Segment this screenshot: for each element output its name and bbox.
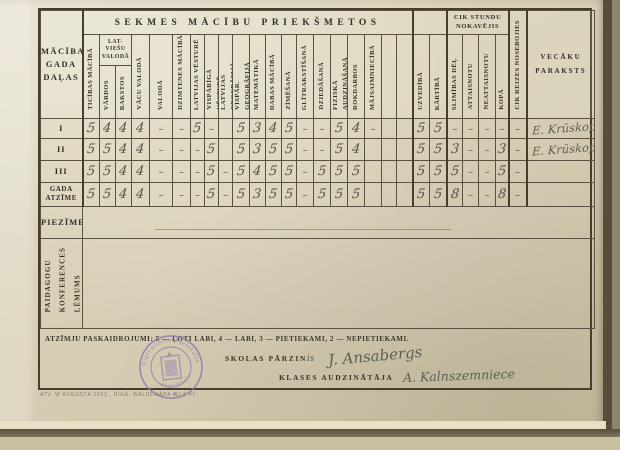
grade-value: 4 xyxy=(119,121,129,137)
grade-cell: – xyxy=(150,160,173,182)
grade-cell: 5 xyxy=(233,160,250,182)
grade-value: – xyxy=(159,190,164,201)
column-header-subject-label: LATVIJAS VĒSTURĒ xyxy=(192,39,202,110)
grade-cell: – xyxy=(509,182,527,206)
grade-cell: 5 xyxy=(331,182,348,206)
grade-cell: 5 xyxy=(83,182,100,206)
table-title: SEKMES MĀCĪBU PRIEKŠMETOS xyxy=(83,11,413,35)
grade-cell: – xyxy=(297,138,314,160)
parent-signature: E. Krūskops xyxy=(531,140,594,159)
grade-cell: 4 xyxy=(132,182,150,206)
grading-legend: ATZĪMJU PASKAIDROJUMI: 5 — ĻOTI LABI, 4 … xyxy=(45,335,409,343)
grade-value: 5 xyxy=(284,121,294,137)
grade-value: 3 xyxy=(450,142,460,158)
column-header-subject-label: RAKSTOS xyxy=(118,76,128,110)
grade-cell: 5 xyxy=(100,182,116,206)
table-body: I5444––5–5345––54–55–––––E. Krūskops.II5… xyxy=(41,118,595,328)
notes-row: PIEZĪMES xyxy=(41,206,595,238)
grade-cell: – xyxy=(173,182,191,206)
grade-value: – xyxy=(320,124,325,135)
grade-value: – xyxy=(499,124,504,135)
column-header-hours: NEATTAISNOTU xyxy=(479,35,496,119)
paper-bottom-edge xyxy=(0,421,606,429)
grade-value: – xyxy=(303,167,308,178)
grade-value: 4 xyxy=(136,187,146,203)
decision-row: PAIDAGOGU KONFERENCES LĒMUMS xyxy=(41,238,595,328)
column-header-parent-signature: VECĀKU PARAKSTS xyxy=(527,11,595,119)
grade-value: 5 xyxy=(236,164,246,180)
grade-cell: – xyxy=(219,182,233,206)
column-header-subject: ROKDARBOS xyxy=(348,35,365,119)
grade-value: – xyxy=(515,190,520,201)
grade-value: – xyxy=(320,145,325,156)
grade-value: 5 xyxy=(86,142,96,158)
grade-cell: 4 xyxy=(132,160,150,182)
grade-cell: – xyxy=(205,118,219,138)
row-header-title: MĀCĪBAS GADA DAĻAS xyxy=(41,11,83,119)
grade-cell: 5 xyxy=(233,182,250,206)
grade-cell: 5 xyxy=(430,160,447,182)
column-header-subject: DZIMTENES MĀCĪBĀ xyxy=(173,35,191,119)
grade-cell: – xyxy=(191,138,205,160)
decision-label-cell: PAIDAGOGU KONFERENCES LĒMUMS xyxy=(41,238,83,328)
grade-value: 5 xyxy=(334,164,344,180)
parent-signature-cell xyxy=(527,182,595,206)
column-header-hours-label: ATTAISNOTU xyxy=(466,63,476,110)
parent-signature-cell: E. Krūskops xyxy=(527,138,595,160)
grade-cell: – xyxy=(173,160,191,182)
column-header-subject-label: VĀCU VALODĀ xyxy=(135,57,145,110)
grade-cell xyxy=(397,160,413,182)
grade-cell: 5 xyxy=(430,138,447,160)
grade-cell xyxy=(382,138,397,160)
grade-cell: 5 xyxy=(282,118,297,138)
grade-value: 5 xyxy=(433,142,443,158)
parent-signature-cell: E. Krūskops. xyxy=(527,118,595,138)
grade-cell: 4 xyxy=(266,118,282,138)
grade-value: 4 xyxy=(103,121,113,137)
grade-cell: 5 xyxy=(83,160,100,182)
decision-label: PAIDAGOGU KONFERENCES LĒMUMS xyxy=(41,247,83,312)
grade-value: – xyxy=(515,124,520,135)
grade-cell: 5 xyxy=(282,182,297,206)
grade-value: – xyxy=(371,124,376,135)
grade-cell: – xyxy=(365,118,382,138)
grade-value: – xyxy=(303,124,308,135)
grade-cell: – xyxy=(447,118,463,138)
grade-cell xyxy=(365,138,382,160)
grade-value: – xyxy=(179,190,184,201)
grade-cell: 5 xyxy=(413,138,430,160)
grade-cell: 5 xyxy=(413,118,430,138)
grade-value: 8 xyxy=(450,187,460,203)
grade-value: 4 xyxy=(119,187,129,203)
grade-value: 5 xyxy=(433,121,443,137)
grade-cell: 3 xyxy=(496,138,509,160)
grade-value: 5 xyxy=(317,187,327,203)
conduct-band-spacer xyxy=(413,11,447,35)
row-label: GADA ATZĪME xyxy=(41,182,83,206)
grade-value: 5 xyxy=(433,164,443,180)
grade-value: 5 xyxy=(334,187,344,203)
grade-value: 5 xyxy=(269,142,279,158)
grade-value: 5 xyxy=(433,187,443,203)
column-header-subject-label: ZĪMĒŠANĀ xyxy=(284,71,294,110)
principal-label: SKOLAS PĀRZIN xyxy=(225,354,307,363)
grade-value: 5 xyxy=(207,164,217,180)
grade-cell: 5 xyxy=(496,160,509,182)
grade-cell: – xyxy=(463,182,479,206)
grade-cell: 5 xyxy=(413,160,430,182)
grade-cell: – xyxy=(314,118,331,138)
grade-value: – xyxy=(515,167,520,178)
grade-cell: – xyxy=(297,118,314,138)
grade-value: – xyxy=(195,167,200,178)
column-header-subject-label: ROKDARBOS xyxy=(351,64,361,110)
grade-value: 5 xyxy=(334,121,344,137)
column-header-hours-label: KOPĀ xyxy=(497,89,507,110)
grade-value: 5 xyxy=(103,142,113,158)
grade-cell: 5 xyxy=(100,160,116,182)
header-band-row: MĀCĪBAS GADA DAĻASSEKMES MĀCĪBU PRIEKŠME… xyxy=(41,11,595,35)
grade-cell: 5 xyxy=(314,182,331,206)
grade-cell: 5 xyxy=(83,138,100,160)
grade-cell: – xyxy=(509,160,527,182)
grade-value: 5 xyxy=(207,142,217,158)
grade-value: – xyxy=(303,145,308,156)
column-header-subject-label: MATEMĀTIKĀ xyxy=(252,59,262,110)
grade-value: 5 xyxy=(417,187,427,203)
grade-value: 5 xyxy=(269,164,279,180)
column-header-subject: FIZISKĀ AUDZINĀŠANĀ xyxy=(331,35,348,119)
grade-cell: 5 xyxy=(83,118,100,138)
column-header-conduct-label: UZVEDĪBĀ xyxy=(416,72,426,110)
grade-cell: 8 xyxy=(496,182,509,206)
grade-value: – xyxy=(179,145,184,156)
grade-cell: – xyxy=(173,118,191,138)
column-header-hours: SLIMĪBAS DĒĻ xyxy=(447,35,463,119)
grade-cell: 3 xyxy=(447,138,463,160)
column-header-subject: VISPĀR. ĢEOGRĀFIJĀ xyxy=(233,35,250,119)
grade-value: 5 xyxy=(236,121,246,137)
column-header-subject-label: GLĪTRAKSTĪŠANĀ xyxy=(300,45,310,110)
grade-cell: 4 xyxy=(132,118,150,138)
table-row: II5544–––55355––54553––3–E. Krūskops xyxy=(41,138,595,160)
grade-value: – xyxy=(468,167,473,178)
column-header-subject-label: LATVIJAS ĢEOGRĀFIJĀ xyxy=(219,62,233,110)
stamp-emblem xyxy=(160,351,183,396)
column-header-subject-label: DZIEDĀŠANĀ xyxy=(317,62,327,109)
hours-missed-group-header: CIK STUNDU NOKAVĒJIS xyxy=(447,11,509,35)
grade-value: 5 xyxy=(284,187,294,203)
grade-value: 5 xyxy=(417,164,427,180)
grade-cell: 5 xyxy=(233,118,250,138)
grade-value: 5 xyxy=(193,121,203,137)
grade-cell: – xyxy=(150,118,173,138)
column-header-subject: TICĪBAS MĀCĪBĀ xyxy=(83,35,100,119)
grade-value: 4 xyxy=(253,164,263,180)
grade-cell: 8 xyxy=(447,182,463,206)
grade-cell: 5 xyxy=(282,138,297,160)
grade-cell: 5 xyxy=(266,160,282,182)
grade-cell: 5 xyxy=(100,138,116,160)
grade-cell: 4 xyxy=(100,118,116,138)
grade-value: 4 xyxy=(119,164,129,180)
grade-value: 3 xyxy=(253,187,263,203)
column-header-hours-label: SLIMĪBAS DĒĻ xyxy=(450,58,460,110)
grade-cell: 4 xyxy=(116,182,132,206)
grade-value: – xyxy=(223,190,228,201)
grade-cell: 5 xyxy=(233,138,250,160)
scanned-report-card: MĀCĪBAS GADA DAĻASSEKMES MĀCĪBU PRIEKŠME… xyxy=(0,0,620,450)
teacher-line: KLASES AUDZINĀTĀJA A. Kalnszemniece xyxy=(279,368,514,383)
grade-value: 5 xyxy=(317,164,327,180)
table-row: III5544–––5–5455–555555––5– xyxy=(41,160,595,182)
grade-cell: 5 xyxy=(430,118,447,138)
grade-cell: – xyxy=(496,118,509,138)
grade-cell: 5 xyxy=(331,118,348,138)
grade-cell: 5 xyxy=(282,160,297,182)
grade-value: 5 xyxy=(334,142,344,158)
column-header-hours: ATTAISNOTU xyxy=(463,35,479,119)
grade-cell xyxy=(382,182,397,206)
grade-value: 5 xyxy=(103,187,113,203)
grade-value: – xyxy=(303,190,308,201)
grade-cell: – xyxy=(479,138,496,160)
column-header-subject-label: MĀJSAIMNIECĪBĀ xyxy=(368,45,378,110)
grade-cell: 5 xyxy=(331,160,348,182)
grade-value: 4 xyxy=(119,142,129,158)
column-header-conduct-label: KĀRTĪBĀ xyxy=(433,77,443,110)
grade-value: – xyxy=(468,190,473,201)
grade-value: 3 xyxy=(253,121,263,137)
column-header-times-late: CIK REIZES NOSEBOJIES xyxy=(509,11,527,119)
parent-signature: E. Krūskops. xyxy=(532,119,595,138)
grade-value: 4 xyxy=(136,142,146,158)
column-header-subject xyxy=(397,35,413,119)
grade-cell: 4 xyxy=(132,138,150,160)
times-late-label: CIK REIZES NOSEBOJIES xyxy=(513,20,523,110)
column-header-subject xyxy=(382,35,397,119)
grade-value: 4 xyxy=(269,121,279,137)
notes-ruled-line xyxy=(155,229,451,230)
grade-value: – xyxy=(159,145,164,156)
grade-value: – xyxy=(195,190,200,201)
column-header-subject: ZĪMĒŠANĀ xyxy=(282,35,297,119)
grade-cell: 4 xyxy=(348,118,365,138)
grade-cell: – xyxy=(173,138,191,160)
grade-value: 5 xyxy=(351,164,361,180)
grade-cell: – xyxy=(509,118,527,138)
column-header-subject: DABAS MĀCĪBĀ xyxy=(266,35,282,119)
column-header-hours: KOPĀ xyxy=(496,35,509,119)
grade-cell: – xyxy=(463,138,479,160)
grade-value: 5 xyxy=(269,187,279,203)
grade-cell xyxy=(365,182,382,206)
grade-value: – xyxy=(515,145,520,156)
grade-cell: 4 xyxy=(348,138,365,160)
teacher-label: KLASES AUDZINĀTĀJA xyxy=(279,373,393,382)
column-header-subject-label: FIZISKĀ AUDZINĀŠANĀ xyxy=(331,57,348,110)
column-header-subject-label: VISPĀR. ĢEOGRĀFIJĀ xyxy=(233,62,250,110)
column-header-subject-label: DZIMTENES MĀCĪBĀ xyxy=(176,35,186,110)
grade-cell xyxy=(219,118,233,138)
column-header-hours-label: NEATTAISNOTU xyxy=(482,53,492,109)
grade-cell: 4 xyxy=(250,160,266,182)
grade-value: 5 xyxy=(417,142,427,158)
under-sheet xyxy=(0,437,620,450)
column-header-conduct: UZVEDĪBĀ xyxy=(413,35,430,119)
grade-value: – xyxy=(468,145,473,156)
grade-cell: – xyxy=(479,182,496,206)
grade-cell xyxy=(365,160,382,182)
column-header-subject: VALODĀ xyxy=(150,35,173,119)
grade-cell: 3 xyxy=(250,138,266,160)
grade-value: 5 xyxy=(351,187,361,203)
table-row: GADA ATZĪME5544–––5–5355–555558––8– xyxy=(41,182,595,206)
grade-cell: 4 xyxy=(116,118,132,138)
grade-cell: 5 xyxy=(266,138,282,160)
grade-value: 3 xyxy=(253,142,263,158)
grade-cell xyxy=(382,118,397,138)
grade-value: 5 xyxy=(103,164,113,180)
grade-value: – xyxy=(159,167,164,178)
grade-value: 5 xyxy=(236,187,246,203)
grade-cell: 5 xyxy=(205,138,219,160)
grade-cell: – xyxy=(219,160,233,182)
grade-value: 3 xyxy=(497,142,507,158)
grade-cell: – xyxy=(479,160,496,182)
grade-value: – xyxy=(159,124,164,135)
row-label: II xyxy=(41,138,83,160)
grade-cell: – xyxy=(314,138,331,160)
grade-cell: – xyxy=(509,138,527,160)
grade-cell xyxy=(397,138,413,160)
grade-cell: 3 xyxy=(250,118,266,138)
column-header-subject: LATVIJAS ĢEOGRĀFIJĀ xyxy=(219,35,233,119)
grade-cell: – xyxy=(191,160,205,182)
principal-signature: J. Ansabergs xyxy=(327,343,423,369)
grade-cell: 5 xyxy=(205,160,219,182)
grade-cell: – xyxy=(463,118,479,138)
grade-value: 5 xyxy=(417,121,427,137)
grade-cell: 5 xyxy=(348,160,365,182)
decision-area xyxy=(83,238,595,328)
teacher-signature: A. Kalnszemniece xyxy=(402,366,514,385)
grade-cell: 5 xyxy=(266,182,282,206)
grade-cell: – xyxy=(150,182,173,206)
grade-cell: 5 xyxy=(205,182,219,206)
grade-cell: 5 xyxy=(191,118,205,138)
grade-value: 4 xyxy=(136,164,146,180)
grade-value: 5 xyxy=(450,164,460,180)
grade-cell: – xyxy=(150,138,173,160)
grade-cell: 5 xyxy=(331,138,348,160)
notes-label: PIEZĪMES xyxy=(41,206,83,238)
grade-cell: 5 xyxy=(348,182,365,206)
grade-cell: 5 xyxy=(314,160,331,182)
grade-cell: 5 xyxy=(413,182,430,206)
column-header-subject: RAKSTOS xyxy=(116,65,132,118)
column-header-subject-label: VĀRDOS xyxy=(102,80,112,110)
table-header: MĀCĪBAS GADA DAĻASSEKMES MĀCĪBU PRIEKŠME… xyxy=(41,11,595,119)
grade-value: – xyxy=(485,124,490,135)
column-header-subject-label: DABAS MĀCĪBĀ xyxy=(268,54,278,110)
grade-value: – xyxy=(468,124,473,135)
column-header-subject: VĀCU VALODĀ xyxy=(132,35,150,119)
grade-value: – xyxy=(179,124,184,135)
grade-value: 5 xyxy=(86,121,96,137)
grade-value: 5 xyxy=(284,142,294,158)
grade-cell: 4 xyxy=(116,160,132,182)
grade-cell: – xyxy=(191,182,205,206)
grades-table: MĀCĪBAS GADA DAĻASSEKMES MĀCĪBU PRIEKŠME… xyxy=(40,10,595,329)
column-header-conduct: KĀRTĪBĀ xyxy=(430,35,447,119)
grade-cell: – xyxy=(297,182,314,206)
grade-cell: – xyxy=(463,160,479,182)
column-header-subject: MĀJSAIMNIECĪBĀ xyxy=(365,35,382,119)
latvian-language-group-header: LAT- VIEŠU VALODĀ xyxy=(100,35,132,66)
grade-value: 5 xyxy=(284,164,294,180)
grade-value: 8 xyxy=(497,187,507,203)
table-row: I5444––5–5345––54–55–––––E. Krūskops. xyxy=(41,118,595,138)
grade-value: 5 xyxy=(497,164,507,180)
grade-value: – xyxy=(452,124,457,135)
row-label: III xyxy=(41,160,83,182)
grade-value: – xyxy=(223,167,228,178)
grade-value: 5 xyxy=(86,164,96,180)
row-label: I xyxy=(41,118,83,138)
column-header-subject: VISPĀRĪGĀ VĒSTURĒ xyxy=(205,35,219,119)
parent-signature-cell xyxy=(527,160,595,182)
grade-value: 5 xyxy=(207,187,217,203)
grade-value: – xyxy=(195,145,200,156)
grade-cell: 5 xyxy=(447,160,463,182)
grade-cell: 4 xyxy=(116,138,132,160)
paper-right-edge xyxy=(603,0,620,450)
grade-value: – xyxy=(485,190,490,201)
grade-value: – xyxy=(485,167,490,178)
grade-cell xyxy=(382,160,397,182)
grade-value: 5 xyxy=(86,187,96,203)
grade-value: – xyxy=(485,145,490,156)
grade-cell: 3 xyxy=(250,182,266,206)
paper-shadow xyxy=(0,429,620,437)
column-header-subject-label: VALODĀ xyxy=(156,80,166,110)
principal-label-handwritten-suffix: is xyxy=(307,354,315,364)
column-header-subject: LATVIJAS VĒSTURĒ xyxy=(191,35,205,119)
grade-value: 4 xyxy=(351,121,361,137)
column-header-subject-label: TICĪBAS MĀCĪBĀ xyxy=(86,48,96,110)
column-header-subject: GLĪTRAKSTĪŠANĀ xyxy=(297,35,314,119)
column-header-subject: DZIEDĀŠANĀ xyxy=(314,35,331,119)
grade-value: 4 xyxy=(136,121,146,137)
grade-cell xyxy=(397,182,413,206)
grade-value: – xyxy=(179,167,184,178)
grade-value: – xyxy=(209,124,214,135)
column-header-subject-label: VISPĀRĪGĀ VĒSTURĒ xyxy=(205,69,219,110)
grade-cell: – xyxy=(297,160,314,182)
column-header-subject: MATEMĀTIKĀ xyxy=(250,35,266,119)
column-header-subject: VĀRDOS xyxy=(100,65,116,118)
grade-cell: 5 xyxy=(430,182,447,206)
principal-line: SKOLAS PĀRZINis J. Ansabergs xyxy=(225,347,422,365)
grade-value: 5 xyxy=(236,142,246,158)
grade-cell xyxy=(219,138,233,160)
grade-value: 4 xyxy=(351,142,361,158)
printer-imprint: ATV. W AUGUSTĀ 1933., RĪGĀ, WALDEMĀRA IE… xyxy=(40,392,198,398)
grade-cell: – xyxy=(479,118,496,138)
